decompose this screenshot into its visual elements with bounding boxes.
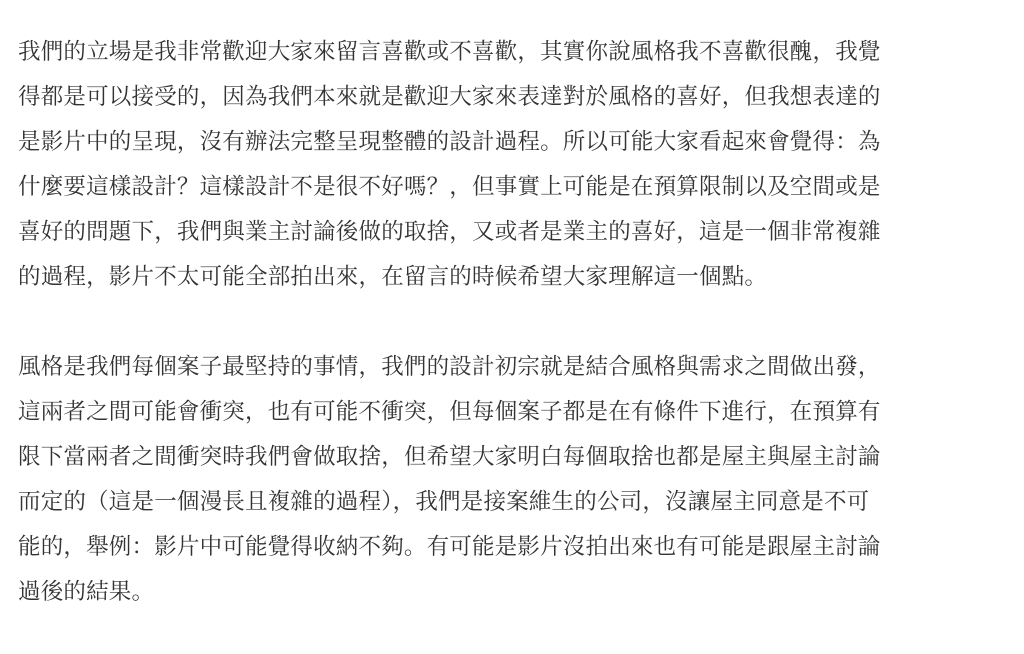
text-line: 我們的立場是我非常歡迎大家來留言喜歡或不喜歡，其實你說風格我不喜歡很醜，我覺 [18, 30, 1008, 75]
text-line: 這兩者之間可能會衝突，也有可能不衝突，但每個案子都是在有條件下進行，在預算有 [18, 390, 1008, 435]
text-line: 的過程，影片不太可能全部拍出來，在留言的時候希望大家理解這一個點。 [18, 255, 1008, 300]
text-line: 風格是我們每個案子最堅持的事情，我們的設計初宗就是結合風格與需求之間做出發， [18, 345, 1008, 390]
paragraph-spacer [18, 300, 1008, 345]
text-line: 限下當兩者之間衝突時我們會做取捨，但希望大家明白每個取捨也都是屋主與屋主討論 [18, 435, 1008, 480]
text-line: 得都是可以接受的，因為我們本來就是歡迎大家來表達對於風格的喜好，但我想表達的 [18, 75, 1008, 120]
text-line: 而定的（這是一個漫長且複雜的過程），我們是接案維生的公司，沒讓屋主同意是不可 [18, 480, 1008, 525]
document-body: 我們的立場是我非常歡迎大家來留言喜歡或不喜歡，其實你說風格我不喜歡很醜，我覺 得… [18, 30, 1008, 615]
text-line: 什麼要這樣設計？這樣設計不是很不好嗎？，但事實上可能是在預算限制以及空間或是 [18, 165, 1008, 210]
text-line: 是影片中的呈現，沒有辦法完整呈現整體的設計過程。所以可能大家看起來會覺得：為 [18, 120, 1008, 165]
text-line: 過後的結果。 [18, 570, 1008, 615]
paragraph-style: 風格是我們每個案子最堅持的事情，我們的設計初宗就是結合風格與需求之間做出發， 這… [18, 345, 1008, 615]
text-line: 能的，舉例：影片中可能覺得收納不夠。有可能是影片沒拍出來也有可能是跟屋主討論 [18, 525, 1008, 570]
paragraph-stance: 我們的立場是我非常歡迎大家來留言喜歡或不喜歡，其實你說風格我不喜歡很醜，我覺 得… [18, 30, 1008, 300]
text-line: 喜好的問題下，我們與業主討論後做的取捨，又或者是業主的喜好，這是一個非常複雜 [18, 210, 1008, 255]
